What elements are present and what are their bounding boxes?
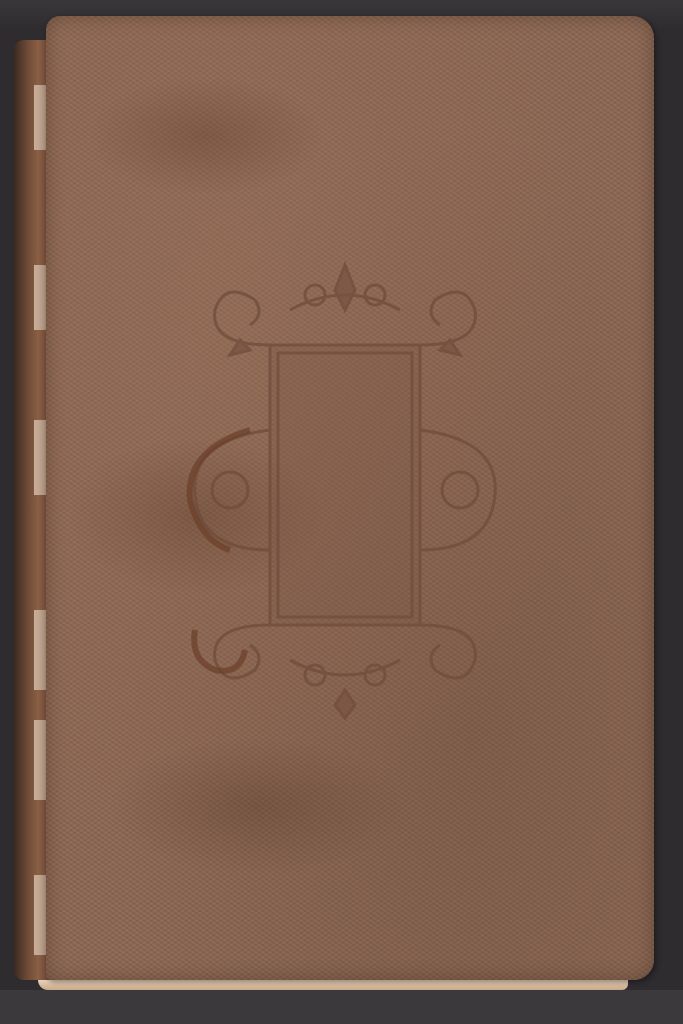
cover-stain xyxy=(106,736,406,876)
cartouche-ornament-icon xyxy=(170,250,520,720)
cover-stain xyxy=(86,76,326,196)
book-photo xyxy=(0,0,683,1024)
background-bottom xyxy=(0,990,683,1024)
